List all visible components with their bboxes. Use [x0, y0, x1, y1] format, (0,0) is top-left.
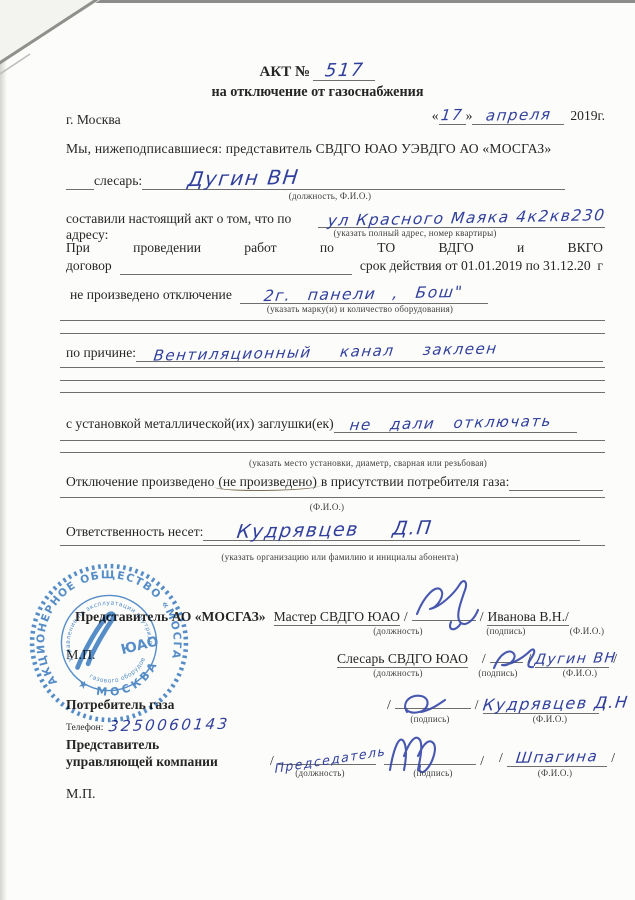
responsibility-value-handwritten: Кудрявцев Д.П [236, 519, 434, 542]
address-label: составили настоящий акт о том, что по ад… [66, 211, 318, 243]
manager-position-hint: (должность) [272, 768, 368, 778]
reason-value-handwritten: Вентиляционный канал заклеен [153, 341, 499, 363]
address-field: ул Красного Маяка 4к2кв230 [318, 211, 605, 228]
consumer-fio-field: Кудрявцев Д.Н [483, 696, 599, 714]
position-field: Дугин ВН [142, 168, 565, 190]
reason-label: по причине: [66, 345, 136, 361]
consumer-signature-field [395, 694, 471, 709]
date-day-field: 17 [439, 108, 466, 125]
date-block: «17»апреля2019г. [432, 108, 605, 125]
stamp-beaded-ring [26, 560, 192, 726]
justified-word: ТО [377, 240, 395, 256]
plug-label: с установкой металлической(их) заглушки(… [66, 416, 334, 432]
manager-label-1: Представитель [66, 737, 159, 753]
position-hint: (должность, Ф.И.О.) [190, 191, 470, 201]
slash-separator: / [607, 750, 619, 766]
works-line: ПрипроведенииработпоТОВДГОиВКГО [66, 240, 603, 256]
position-row: слесарь: Дугин ВН [66, 168, 565, 190]
slash-separator: / [476, 753, 488, 769]
blank-line [60, 497, 605, 498]
manager-position-field: Председатель [278, 750, 376, 765]
date-month-handwritten: апреля [485, 107, 552, 123]
blank-line [60, 392, 605, 393]
manager-fio-hint: (Ф.И.О.) [505, 768, 605, 778]
plug-row: с установкой металлической(их) заглушки(… [66, 416, 577, 433]
master-sign-hint: (подпись) [462, 626, 550, 636]
disconnect-row: не произведено отключение 2г. панели , Б… [70, 287, 488, 304]
date-year: 2019г. [564, 108, 605, 124]
mp-mark-2: М.П. [66, 787, 96, 803]
scan-corner-fold [0, 0, 130, 90]
justified-word: ВКГО [568, 240, 603, 256]
scan-left-edge [0, 0, 7, 900]
slesar-fio-handwritten: Дугин ВН [534, 651, 617, 667]
responsibility-field: Кудрявцев Д.П [203, 521, 580, 541]
master-signature [412, 576, 482, 632]
slesar-sign-hint: (подпись) [458, 668, 538, 678]
act-number-field: 517 [313, 62, 375, 81]
master-fio: Иванова В.Н./ [487, 609, 568, 626]
slash-separator: / [495, 750, 507, 766]
consumer-fio-handwritten: Кудрявцев Д.Н [481, 694, 629, 713]
reason-row: по причине: Вентиляционный канал заклеен [66, 345, 603, 362]
justified-word: проведении [133, 240, 201, 256]
justified-word: по [320, 240, 334, 256]
blank-line [60, 440, 605, 441]
address-row: составили настоящий акт о том, что по ад… [66, 211, 605, 243]
plug-field: не дали отключать [334, 416, 577, 433]
justified-word: и [517, 240, 524, 256]
slesar-fio-field: Дугин ВН [535, 651, 609, 668]
presence-text-before: Отключение произведено [66, 474, 214, 490]
blank-line [60, 367, 605, 368]
slesar-position: Слесарь СВДГО ЮАО [337, 651, 468, 668]
date-day-handwritten: 17 [440, 108, 464, 123]
justified-word: При [66, 240, 90, 256]
slash-separator: / [471, 697, 483, 713]
slesar-fio-hint: (Ф.И.О.) [540, 668, 620, 678]
responsibility-hint: (указать организацию или фамилию и иници… [190, 552, 490, 562]
disconnect-label: не произведено отключение [70, 287, 232, 303]
manager-signature-field [384, 750, 476, 765]
consumer-sign-row: / / Кудрявцев Д.Н / [383, 694, 621, 714]
address-hint: (указать полный адрес, номер квартиры) [295, 228, 535, 238]
presence-underlined-option: (не произведено) [214, 474, 321, 491]
scanned-act-document: АКТ № 517 на отключение от газоснабжения… [0, 0, 635, 900]
contract-label: договор [66, 258, 112, 274]
act-number-handwritten: 517 [324, 62, 365, 81]
blank-line [60, 452, 605, 453]
presence-field [509, 474, 603, 491]
address-value-handwritten: ул Красного Маяка 4к2кв230 [326, 208, 606, 229]
disconnect-field: 2г. панели , Бош" [240, 287, 488, 304]
date-quote-close: » [466, 108, 473, 124]
slash-separator: / [400, 609, 412, 625]
intro-line: Мы, нижеподписавшиеся: представитель СВД… [66, 141, 607, 157]
date-month-field: апреля [472, 108, 564, 125]
date-quote-open: « [432, 108, 439, 124]
slash-separator: / [478, 651, 490, 667]
blank-line [60, 545, 605, 546]
slesar-signature-field [490, 648, 524, 663]
manager-label-2: управляющей компании [66, 754, 218, 770]
reason-field: Вентиляционный канал заклеен [136, 345, 603, 362]
contract-row: договор срок действия от 01.01.2019 по 3… [66, 258, 603, 275]
act-title-label: АКТ № [260, 64, 311, 80]
plug-value-handwritten: не дали отключать [349, 414, 553, 433]
responsibility-row: Ответственность несет: Кудрявцев Д.П [66, 521, 580, 541]
position-label: слесарь: [94, 173, 142, 189]
justified-word: ВДГО [438, 240, 473, 256]
justified-word: работ [244, 240, 276, 256]
blank-underscore [66, 173, 94, 190]
city-label: г. Москва [66, 112, 121, 128]
plug-hint: (указать место установки, диаметр, сварн… [208, 458, 528, 468]
consumer-sign-hint: (подпись) [390, 714, 470, 724]
presence-text-after: в присутствии потребителя газа: [321, 474, 509, 490]
manager-fio-handwritten: Шпагина [515, 749, 599, 766]
slash-separator: / [383, 697, 395, 713]
manager-fio-field: Шпагина [507, 750, 607, 767]
consumer-fio-hint: (Ф.И.О.) [498, 714, 602, 724]
position-value-handwritten: Дугин ВН [187, 167, 301, 189]
slesar-row: Слесарь СВДГО ЮАО / / Дугин ВН / [337, 648, 621, 668]
slesar-position-hint: (должность) [337, 668, 459, 678]
manager-position-block: / Председатель [266, 750, 376, 769]
disconnect-hint: (указать марку(и) и количество оборудова… [240, 304, 480, 314]
scan-top-edge [93, 0, 635, 3]
contract-term: срок действия от 01.01.2019 по 31.12.20 … [360, 258, 603, 274]
blank-line [60, 380, 605, 381]
manager-sign-hint: (подпись) [390, 768, 476, 778]
blank-line [60, 333, 605, 334]
master-position: Мастер СВДГО ЮАО [274, 609, 400, 626]
blank-line [60, 320, 605, 321]
master-position-hint: (должность) [337, 626, 459, 636]
contract-field [120, 258, 352, 275]
manager-sign-block: / [384, 750, 488, 769]
presence-hint: (Ф.И.О.) [227, 502, 427, 512]
responsibility-label: Ответственность несет: [66, 524, 203, 540]
master-signature-field [412, 606, 476, 621]
presence-row: Отключение произведено (не произведено) … [66, 474, 603, 491]
disconnect-value-handwritten: 2г. панели , Бош" [263, 285, 464, 305]
mosgaz-round-stamp: АКЦИОНЕРНОЕ ОБЩЕСТВО «МОСГАЗ» ★ МОСКВА ★… [26, 560, 192, 726]
manager-fio-block: / Шпагина / [495, 750, 619, 767]
master-fio-hint: (Ф.И.О.) [552, 626, 622, 636]
